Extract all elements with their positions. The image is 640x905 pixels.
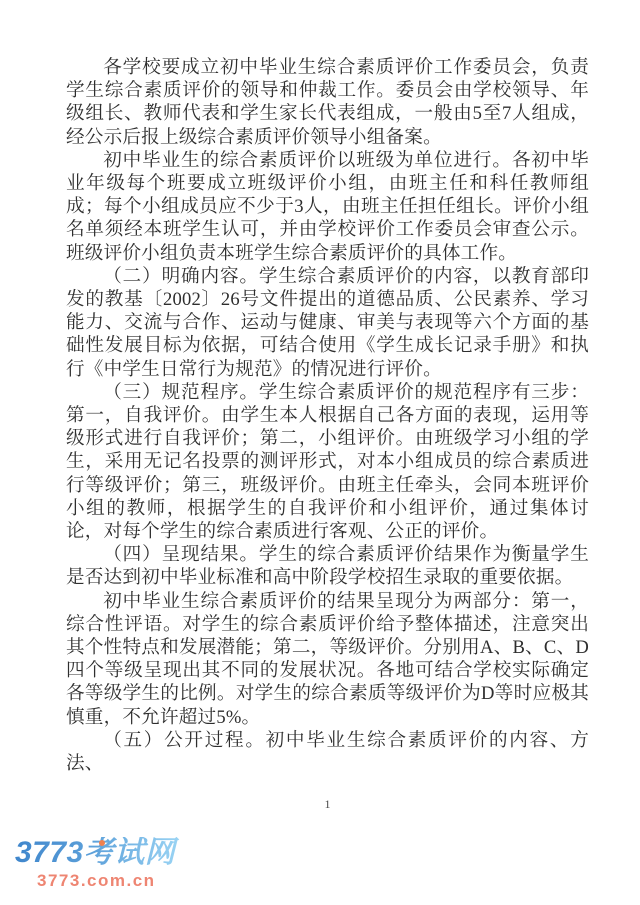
document-body: 各学校要成立初中毕业生综合素质评价工作委员会，负责学生综合素质评价的领导和仲裁工… bbox=[66, 56, 589, 775]
paragraph-section-5-openness: （五）公开过程。初中毕业生综合素质评价的内容、方法、 bbox=[66, 729, 589, 775]
watermark-site-name: 3773考试网 bbox=[15, 837, 180, 869]
watermark-site-url: 3773.com.cn bbox=[37, 871, 180, 890]
paragraph-result-parts: 初中毕业生综合素质评价的结果呈现分为两部分：第一，综合性评语。对学生的综合素质评… bbox=[66, 590, 589, 729]
watermark-accent-dot-icon bbox=[99, 840, 105, 846]
document-page: 各学校要成立初中毕业生综合素质评价工作委员会，负责学生综合素质评价的领导和仲裁工… bbox=[0, 0, 640, 905]
page-number: 1 bbox=[66, 797, 589, 811]
paragraph-committee: 各学校要成立初中毕业生综合素质评价工作委员会，负责学生综合素质评价的领导和仲裁工… bbox=[66, 56, 589, 149]
watermark-logo: 3773考试网 3773.com.cn bbox=[15, 837, 180, 890]
paragraph-class-groups: 初中毕业生的综合素质评价以班级为单位进行。各初中毕业年级每个班要成立班级评价小组… bbox=[66, 149, 589, 265]
paragraph-section-3-procedure: （三）规范程序。学生综合素质评价的规范程序有三步：第一，自我评价。由学生本人根据… bbox=[66, 381, 589, 543]
paragraph-section-4-results: （四）呈现结果。学生的综合素质评价结果作为衡量学生是否达到初中毕业标准和高中阶段… bbox=[66, 543, 589, 589]
paragraph-section-2-content: （二）明确内容。学生综合素质评价的内容，以教育部印发的教基〔2002〕26号文件… bbox=[66, 265, 589, 381]
